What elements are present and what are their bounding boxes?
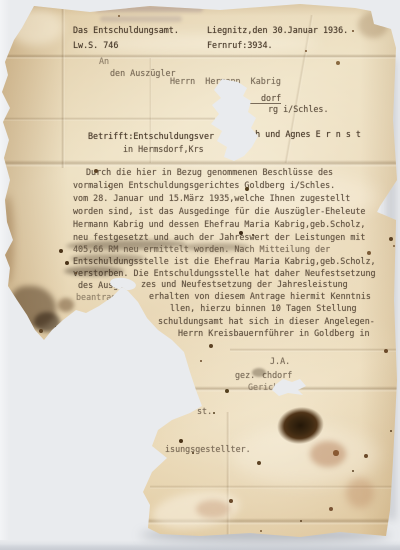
hole-group: [0, 0, 400, 550]
small-tear-hole: [109, 276, 136, 292]
scanned-letter-page: Das Entschuldungsamt. Liegnitz,den 30.Ja…: [0, 0, 400, 550]
scanner-edge-line: [0, 544, 400, 550]
aged-paper-sheet: Das Entschuldungsamt. Liegnitz,den 30.Ja…: [0, 0, 400, 550]
signature-torn-hole: [0, 0, 400, 550]
central-torn-hole: [0, 0, 400, 550]
